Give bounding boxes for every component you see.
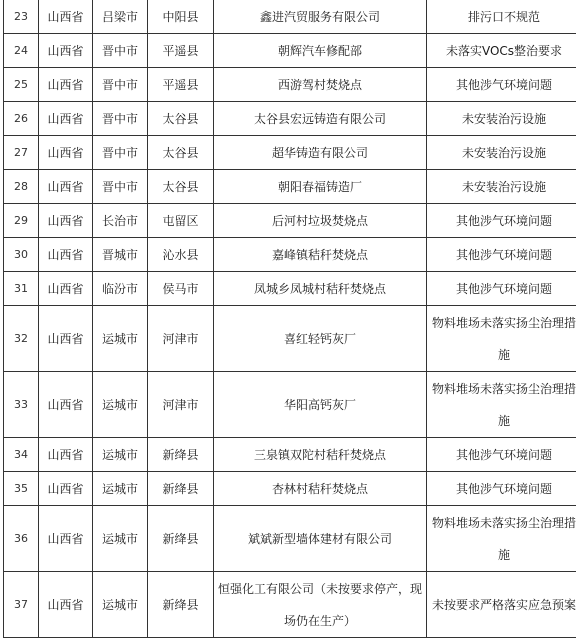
row-number: 30 xyxy=(4,238,39,272)
city-cell: 晋城市 xyxy=(93,238,148,272)
county-cell: 平遥县 xyxy=(148,34,214,68)
company-cell: 朝阳春福铸造厂 xyxy=(214,170,427,204)
county-cell: 沁水县 xyxy=(148,238,214,272)
row-number: 33 xyxy=(4,372,39,438)
table-row: 34 山西省 运城市 新绛县 三泉镇双陀村秸秆焚烧点 其他涉气环境问题 xyxy=(4,438,576,472)
row-number: 24 xyxy=(4,34,39,68)
table-row: 32 山西省 运城市 河津市 喜红轻钙灰厂 物料堆场未落实扬尘治理措施 xyxy=(4,306,576,372)
company-cell: 杏林村秸秆焚烧点 xyxy=(214,472,427,506)
issue-cell: 未按要求严格落实应急预案 xyxy=(427,572,576,638)
city-cell: 晋中市 xyxy=(93,136,148,170)
city-cell: 运城市 xyxy=(93,506,148,572)
issue-cell: 其他涉气环境问题 xyxy=(427,438,576,472)
city-cell: 运城市 xyxy=(93,372,148,438)
company-cell: 恒强化工有限公司（未按要求停产，现场仍在生产） xyxy=(214,572,427,638)
company-cell: 嘉峰镇秸秆焚烧点 xyxy=(214,238,427,272)
city-cell: 晋中市 xyxy=(93,102,148,136)
table-row: 27 山西省 晋中市 太谷县 超华铸造有限公司 未安装治污设施 xyxy=(4,136,576,170)
table-row: 31 山西省 临汾市 侯马市 凤城乡凤城村秸秆焚烧点 其他涉气环境问题 xyxy=(4,272,576,306)
province-cell: 山西省 xyxy=(39,102,93,136)
province-cell: 山西省 xyxy=(39,372,93,438)
row-number: 26 xyxy=(4,102,39,136)
province-cell: 山西省 xyxy=(39,68,93,102)
county-cell: 河津市 xyxy=(148,306,214,372)
county-cell: 河津市 xyxy=(148,372,214,438)
company-cell: 凤城乡凤城村秸秆焚烧点 xyxy=(214,272,427,306)
issue-cell: 物料堆场未落实扬尘治理措施 xyxy=(427,306,576,372)
table-row: 24 山西省 晋中市 平遥县 朝辉汽车修配部 未落实VOCs整治要求 xyxy=(4,34,576,68)
table-row: 25 山西省 晋中市 平遥县 西游驾村焚烧点 其他涉气环境问题 xyxy=(4,68,576,102)
row-number: 37 xyxy=(4,572,39,638)
company-cell: 喜红轻钙灰厂 xyxy=(214,306,427,372)
row-number: 32 xyxy=(4,306,39,372)
county-cell: 太谷县 xyxy=(148,136,214,170)
row-number: 23 xyxy=(4,0,39,34)
city-cell: 长治市 xyxy=(93,204,148,238)
province-cell: 山西省 xyxy=(39,136,93,170)
issue-cell: 其他涉气环境问题 xyxy=(427,472,576,506)
company-cell: 华阳高钙灰厂 xyxy=(214,372,427,438)
company-cell: 超华铸造有限公司 xyxy=(214,136,427,170)
table-row: 33 山西省 运城市 河津市 华阳高钙灰厂 物料堆场未落实扬尘治理措施 xyxy=(4,372,576,438)
row-number: 27 xyxy=(4,136,39,170)
company-cell: 朝辉汽车修配部 xyxy=(214,34,427,68)
issue-cell: 未落实VOCs整治要求 xyxy=(427,34,576,68)
province-cell: 山西省 xyxy=(39,34,93,68)
issue-cell: 物料堆场未落实扬尘治理措施 xyxy=(427,506,576,572)
province-cell: 山西省 xyxy=(39,472,93,506)
issue-cell: 其他涉气环境问题 xyxy=(427,204,576,238)
issue-cell: 未安装治污设施 xyxy=(427,136,576,170)
table-row: 29 山西省 长治市 屯留区 后河村垃圾焚烧点 其他涉气环境问题 xyxy=(4,204,576,238)
table-row: 36 山西省 运城市 新绛县 斌斌新型墙体建材有限公司 物料堆场未落实扬尘治理措… xyxy=(4,506,576,572)
county-cell: 侯马市 xyxy=(148,272,214,306)
county-cell: 新绛县 xyxy=(148,438,214,472)
row-number: 28 xyxy=(4,170,39,204)
table-row: 28 山西省 晋中市 太谷县 朝阳春福铸造厂 未安装治污设施 xyxy=(4,170,576,204)
county-cell: 平遥县 xyxy=(148,68,214,102)
issue-cell: 其他涉气环境问题 xyxy=(427,272,576,306)
company-cell: 三泉镇双陀村秸秆焚烧点 xyxy=(214,438,427,472)
table-row: 37 山西省 运城市 新绛县 恒强化工有限公司（未按要求停产，现场仍在生产） 未… xyxy=(4,572,576,638)
province-cell: 山西省 xyxy=(39,204,93,238)
province-cell: 山西省 xyxy=(39,438,93,472)
city-cell: 晋中市 xyxy=(93,170,148,204)
county-cell: 新绛县 xyxy=(148,506,214,572)
issue-cell: 排污口不规范 xyxy=(427,0,576,34)
row-number: 25 xyxy=(4,68,39,102)
city-cell: 运城市 xyxy=(93,306,148,372)
province-cell: 山西省 xyxy=(39,170,93,204)
company-cell: 鑫进汽贸服务有限公司 xyxy=(214,0,427,34)
county-cell: 新绛县 xyxy=(148,472,214,506)
table-row: 35 山西省 运城市 新绛县 杏林村秸秆焚烧点 其他涉气环境问题 xyxy=(4,472,576,506)
province-cell: 山西省 xyxy=(39,272,93,306)
table-row: 23 山西省 吕梁市 中阳县 鑫进汽贸服务有限公司 排污口不规范 xyxy=(4,0,576,34)
issue-cell: 未安装治污设施 xyxy=(427,102,576,136)
province-cell: 山西省 xyxy=(39,0,93,34)
city-cell: 运城市 xyxy=(93,472,148,506)
city-cell: 晋中市 xyxy=(93,68,148,102)
row-number: 31 xyxy=(4,272,39,306)
city-cell: 吕梁市 xyxy=(93,0,148,34)
province-cell: 山西省 xyxy=(39,238,93,272)
province-cell: 山西省 xyxy=(39,506,93,572)
county-cell: 太谷县 xyxy=(148,170,214,204)
issue-cell: 其他涉气环境问题 xyxy=(427,238,576,272)
city-cell: 晋中市 xyxy=(93,34,148,68)
issue-cell: 其他涉气环境问题 xyxy=(427,68,576,102)
row-number: 36 xyxy=(4,506,39,572)
table-body: 23 山西省 吕梁市 中阳县 鑫进汽贸服务有限公司 排污口不规范 24 山西省 … xyxy=(4,0,576,638)
county-cell: 太谷县 xyxy=(148,102,214,136)
company-cell: 后河村垃圾焚烧点 xyxy=(214,204,427,238)
city-cell: 运城市 xyxy=(93,572,148,638)
company-cell: 太谷县宏远铸造有限公司 xyxy=(214,102,427,136)
row-number: 35 xyxy=(4,472,39,506)
table-row: 26 山西省 晋中市 太谷县 太谷县宏远铸造有限公司 未安装治污设施 xyxy=(4,102,576,136)
county-cell: 中阳县 xyxy=(148,0,214,34)
county-cell: 新绛县 xyxy=(148,572,214,638)
issue-cell: 未安装治污设施 xyxy=(427,170,576,204)
city-cell: 运城市 xyxy=(93,438,148,472)
inspection-results-table: 23 山西省 吕梁市 中阳县 鑫进汽贸服务有限公司 排污口不规范 24 山西省 … xyxy=(3,0,576,638)
company-cell: 西游驾村焚烧点 xyxy=(214,68,427,102)
company-cell: 斌斌新型墙体建材有限公司 xyxy=(214,506,427,572)
province-cell: 山西省 xyxy=(39,306,93,372)
row-number: 29 xyxy=(4,204,39,238)
county-cell: 屯留区 xyxy=(148,204,214,238)
table-row: 30 山西省 晋城市 沁水县 嘉峰镇秸秆焚烧点 其他涉气环境问题 xyxy=(4,238,576,272)
city-cell: 临汾市 xyxy=(93,272,148,306)
province-cell: 山西省 xyxy=(39,572,93,638)
row-number: 34 xyxy=(4,438,39,472)
issue-cell: 物料堆场未落实扬尘治理措施 xyxy=(427,372,576,438)
